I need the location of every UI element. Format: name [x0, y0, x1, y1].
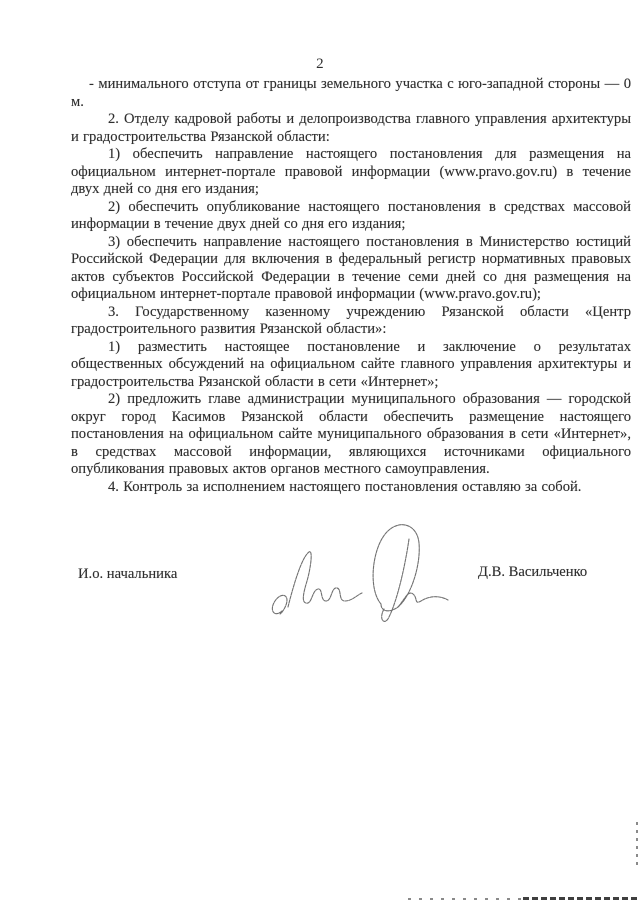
signoff-signer-name: Д.В. Васильченко	[478, 564, 587, 581]
paragraph: 3) обеспечить направление настоящего пос…	[71, 234, 631, 304]
paragraph: 4. Контроль за исполнением настоящего по…	[71, 479, 631, 497]
handwritten-signature-icon	[268, 523, 452, 627]
page-number: 2	[0, 55, 640, 73]
scan-artifact-bottom-dashed-line	[523, 897, 640, 900]
paragraph: 1) обеспечить направление настоящего пос…	[71, 146, 631, 199]
paragraph: - минимального отступа от границы земель…	[71, 76, 631, 111]
scan-artifact-right-edge-dots	[636, 822, 638, 868]
document-body: - минимального отступа от границы земель…	[71, 76, 631, 496]
paragraph: 2. Отделу кадровой работы и делопроизвод…	[71, 111, 631, 146]
paragraph: 2) предложить главе администрации муници…	[71, 391, 631, 479]
scan-artifact-bottom-dotted-line	[408, 898, 523, 900]
scanned-document-page: 2 - минимального отступа от границы земе…	[0, 0, 640, 905]
paragraph: 1) разместить настоящее постановление и …	[71, 339, 631, 392]
paragraph: 3. Государственному казенному учреждению…	[71, 304, 631, 339]
paragraph: 2) обеспечить опубликование настоящего п…	[71, 199, 631, 234]
signoff-position-title: И.о. начальника	[78, 566, 177, 583]
